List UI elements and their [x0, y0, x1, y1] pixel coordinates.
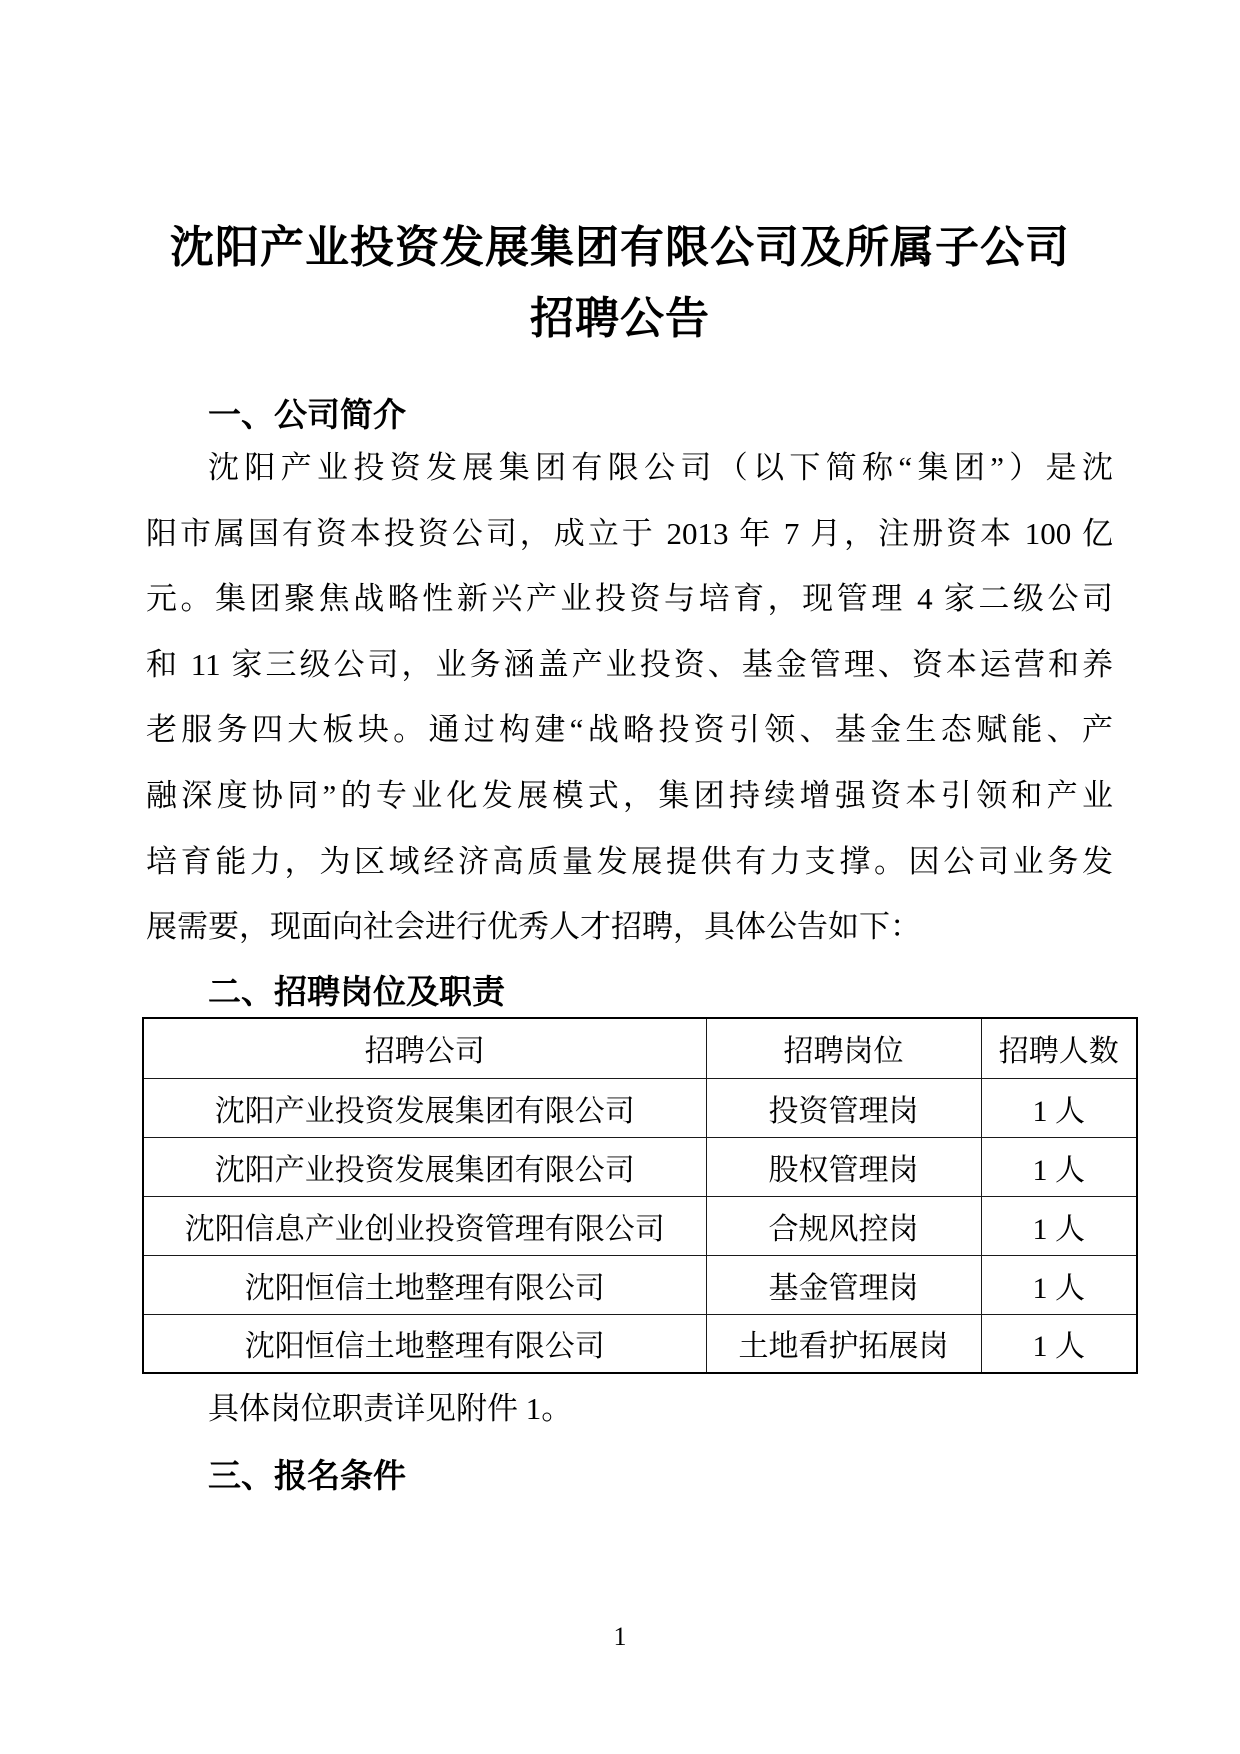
document-title-line2: 招聘公告 [0, 283, 1240, 354]
section-heading-apply-conditions: 三、报名条件 [146, 1457, 1113, 1495]
cell-headcount: 1 人 [981, 1255, 1137, 1314]
table-header-position: 招聘岗位 [706, 1018, 981, 1078]
table-row: 沈阳产业投资发展集团有限公司 投资管理岗 1 人 [143, 1078, 1137, 1137]
cell-position: 投资管理岗 [706, 1078, 981, 1137]
cell-company: 沈阳信息产业创业投资管理有限公司 [143, 1196, 706, 1255]
table-note: 具体岗位职责详见附件 1。 [146, 1390, 1113, 1428]
table-row: 沈阳恒信土地整理有限公司 基金管理岗 1 人 [143, 1255, 1137, 1314]
document-title: 沈阳产业投资发展集团有限公司及所属子公司 招聘公告 [0, 212, 1240, 354]
paragraph-line: 阳市属国有资本投资公司，成立于 2013 年 7 月，注册资本 100 亿 [146, 501, 1113, 567]
paragraph-line: 和 11 家三级公司，业务涵盖产业投资、基金管理、资本运营和养 [146, 632, 1113, 698]
cell-headcount: 1 人 [981, 1196, 1137, 1255]
cell-position: 股权管理岗 [706, 1137, 981, 1196]
recruitment-table: 招聘公司 招聘岗位 招聘人数 沈阳产业投资发展集团有限公司 投资管理岗 1 人 … [142, 1017, 1138, 1374]
paragraph-line: 老服务四大板块。通过构建“战略投资引领、基金生态赋能、产 [146, 697, 1113, 763]
paragraph-line: 展需要，现面向社会进行优秀人才招聘，具体公告如下： [146, 894, 1113, 960]
cell-headcount: 1 人 [981, 1137, 1137, 1196]
cell-position: 合规风控岗 [706, 1196, 981, 1255]
cell-company: 沈阳恒信土地整理有限公司 [143, 1255, 706, 1314]
cell-company: 沈阳恒信土地整理有限公司 [143, 1314, 706, 1373]
table-row: 沈阳恒信土地整理有限公司 土地看护拓展岗 1 人 [143, 1314, 1137, 1373]
table-header-headcount: 招聘人数 [981, 1018, 1137, 1078]
cell-company: 沈阳产业投资发展集团有限公司 [143, 1137, 706, 1196]
document-title-line1: 沈阳产业投资发展集团有限公司及所属子公司 [0, 212, 1240, 283]
document-page: 沈阳产业投资发展集团有限公司及所属子公司 招聘公告 一、公司简介 沈阳产业投资发… [0, 0, 1240, 1754]
paragraph-line: 沈阳产业投资发展集团有限公司（以下简称“集团”）是沈 [146, 435, 1113, 501]
cell-headcount: 1 人 [981, 1314, 1137, 1373]
table-header-row: 招聘公司 招聘岗位 招聘人数 [143, 1018, 1137, 1078]
page-number: 1 [0, 1622, 1240, 1652]
company-intro-paragraph: 沈阳产业投资发展集团有限公司（以下简称“集团”）是沈 阳市属国有资本投资公司，成… [146, 435, 1113, 960]
cell-company: 沈阳产业投资发展集团有限公司 [143, 1078, 706, 1137]
cell-headcount: 1 人 [981, 1078, 1137, 1137]
section-heading-company-intro: 一、公司简介 [146, 396, 1113, 434]
table-row: 沈阳信息产业创业投资管理有限公司 合规风控岗 1 人 [143, 1196, 1137, 1255]
section-heading-positions: 二、招聘岗位及职责 [146, 973, 1113, 1011]
table-header-company: 招聘公司 [143, 1018, 706, 1078]
cell-position: 基金管理岗 [706, 1255, 981, 1314]
table-row: 沈阳产业投资发展集团有限公司 股权管理岗 1 人 [143, 1137, 1137, 1196]
cell-position: 土地看护拓展岗 [706, 1314, 981, 1373]
paragraph-line: 融深度协同”的专业化发展模式，集团持续增强资本引领和产业 [146, 763, 1113, 829]
paragraph-line: 元。集团聚焦战略性新兴产业投资与培育，现管理 4 家二级公司 [146, 566, 1113, 632]
paragraph-line: 培育能力，为区域经济高质量发展提供有力支撑。因公司业务发 [146, 829, 1113, 895]
